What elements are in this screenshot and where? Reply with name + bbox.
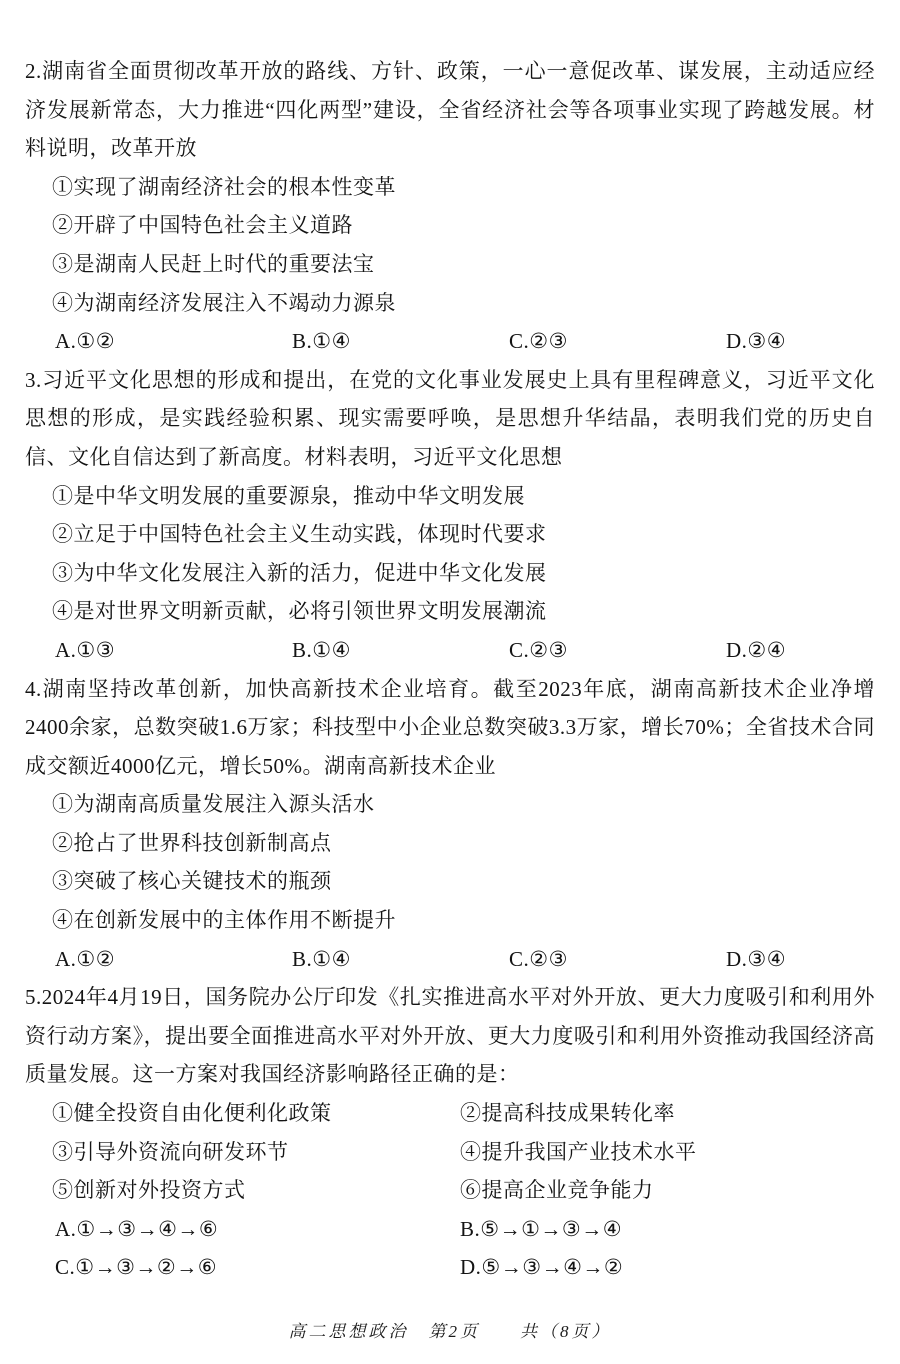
question-5-item-1: ①健全投资自由化便利化政策 — [52, 1094, 460, 1133]
question-2-item-2: ②开辟了中国特色社会主义道路 — [25, 206, 875, 245]
question-5-option-b: B.⑤→①→③→④ — [460, 1210, 875, 1249]
question-2-item-3: ③是湖南人民赶上时代的重要法宝 — [25, 245, 875, 284]
question-5-item-6: ⑥提高企业竞争能力 — [460, 1171, 875, 1210]
question-5: 5.2024年4月19日，国务院办公厅印发《扎实推进高水平对外开放、更大力度吸引… — [25, 978, 875, 1287]
question-5-options: A.①→③→④→⑥ B.⑤→①→③→④ C.①→③→②→⑥ D.⑤→③→④→② — [25, 1210, 875, 1287]
question-2: 2.湖南省全面贯彻改革开放的路线、方针、政策，一心一意促改革、谋发展，主动适应经… — [25, 52, 875, 361]
question-3-option-d: D.②④ — [726, 631, 875, 670]
question-5-option-c: C.①→③→②→⑥ — [55, 1248, 460, 1287]
question-3-option-b: B.①④ — [292, 631, 509, 670]
question-5-item-3: ③引导外资流向研发环节 — [52, 1133, 460, 1172]
question-2-option-c: C.②③ — [509, 322, 726, 361]
question-4-option-b: B.①④ — [292, 940, 509, 979]
question-4-option-a: A.①② — [55, 940, 292, 979]
question-2-stem: 2.湖南省全面贯彻改革开放的路线、方针、政策，一心一意促改革、谋发展，主动适应经… — [25, 52, 875, 168]
question-4-options: A.①② B.①④ C.②③ D.③④ — [25, 940, 875, 979]
exam-page: 2.湖南省全面贯彻改革开放的路线、方针、政策，一心一意促改革、谋发展，主动适应经… — [0, 0, 900, 1364]
question-5-item-5: ⑤创新对外投资方式 — [52, 1171, 460, 1210]
question-3: 3.习近平文化思想的形成和提出，在党的文化事业发展史上具有里程碑意义，习近平文化… — [25, 361, 875, 670]
question-5-option-a: A.①→③→④→⑥ — [55, 1210, 460, 1249]
question-5-stem: 5.2024年4月19日，国务院办公厅印发《扎实推进高水平对外开放、更大力度吸引… — [25, 978, 875, 1094]
question-5-items: ①健全投资自由化便利化政策 ②提高科技成果转化率 ③引导外资流向研发环节 ④提升… — [25, 1094, 875, 1210]
question-4-item-2: ②抢占了世界科技创新制高点 — [25, 824, 875, 863]
question-4-item-3: ③突破了核心关键技术的瓶颈 — [25, 862, 875, 901]
question-5-option-d: D.⑤→③→④→② — [460, 1248, 875, 1287]
question-4: 4.湖南坚持改革创新，加快高新技术企业培育。截至2023年底，湖南高新技术企业净… — [25, 670, 875, 979]
question-3-option-c: C.②③ — [509, 631, 726, 670]
page-footer: 高二思想政治 第2页 共（8页） — [0, 1317, 900, 1342]
question-4-stem: 4.湖南坚持改革创新，加快高新技术企业培育。截至2023年底，湖南高新技术企业净… — [25, 670, 875, 786]
question-3-item-2: ②立足于中国特色社会主义生动实践，体现时代要求 — [25, 515, 875, 554]
question-3-item-3: ③为中华文化发展注入新的活力，促进中华文化发展 — [25, 554, 875, 593]
question-2-item-1: ①实现了湖南经济社会的根本性变革 — [25, 168, 875, 207]
question-3-options: A.①③ B.①④ C.②③ D.②④ — [25, 631, 875, 670]
question-4-option-d: D.③④ — [726, 940, 875, 979]
question-3-item-1: ①是中华文明发展的重要源泉，推动中华文明发展 — [25, 477, 875, 516]
question-2-option-b: B.①④ — [292, 322, 509, 361]
question-5-item-2: ②提高科技成果转化率 — [460, 1094, 875, 1133]
question-2-option-a: A.①② — [55, 322, 292, 361]
question-2-option-d: D.③④ — [726, 322, 875, 361]
question-3-option-a: A.①③ — [55, 631, 292, 670]
question-2-options: A.①② B.①④ C.②③ D.③④ — [25, 322, 875, 361]
question-4-item-4: ④在创新发展中的主体作用不断提升 — [25, 901, 875, 940]
question-3-stem: 3.习近平文化思想的形成和提出，在党的文化事业发展史上具有里程碑意义，习近平文化… — [25, 361, 875, 477]
question-5-item-4: ④提升我国产业技术水平 — [460, 1133, 875, 1172]
question-2-item-4: ④为湖南经济发展注入不竭动力源泉 — [25, 284, 875, 323]
question-4-option-c: C.②③ — [509, 940, 726, 979]
question-4-item-1: ①为湖南高质量发展注入源头活水 — [25, 785, 875, 824]
question-3-item-4: ④是对世界文明新贡献，必将引领世界文明发展潮流 — [25, 592, 875, 631]
